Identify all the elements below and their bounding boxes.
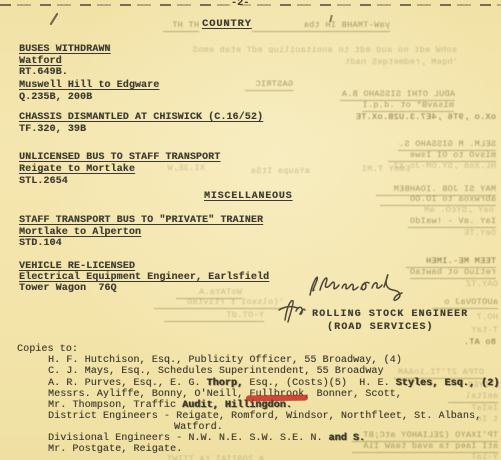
subheading-muswell-hill: Muswell Hill to Edgware (19, 80, 159, 91)
bleed-through-text: EmoY T.MI (352, 164, 410, 175)
fleet-numbers-unlicensed: STL.2654 (19, 176, 68, 187)
fleet-numbers-tower-wagon: Tower Wagon 76Q (19, 283, 117, 294)
bleed-through-text: Y-iaT (442, 452, 498, 460)
bleed-through-text: OeY.TE (444, 228, 496, 239)
document-page: -2- sohW edt no aud edt to anoitaoiliup … (0, 0, 501, 460)
copies-line-6: District Engineers - Reigate, Romford, W… (48, 411, 481, 422)
copies-line-5-text: Mr. Thompson, Traffic (48, 400, 182, 411)
fleet-numbers-chassis: TF.320, 39B (19, 124, 86, 135)
bleed-through-text: '(olsxoI t rtivtaO (154, 297, 284, 309)
fleet-numbers-muswell: Q.235B, 200B (19, 92, 92, 103)
bleed-through-text: Y-OT.dT (164, 310, 264, 322)
bleed-through-text: oX.o ,9T6 ,4E7.3.U2B.oX.TE (300, 112, 496, 123)
bleed-through-text: aUOTOVaJ o (432, 297, 498, 309)
copies-line-8-text: Divisional Engineers - N.W. N.E. S.W. S.… (48, 433, 329, 444)
bleed-through-text: misavB* ot .d.q.I (362, 100, 454, 112)
subheading-reigate-mortlake: Reigate to Mortlake (19, 164, 135, 175)
copies-line-4-text2: , Bonner, Scott, (304, 389, 402, 400)
copies-label: Copies to: (17, 344, 78, 355)
subheading-mortlake-alperton: Mortlake to Alperton (19, 227, 141, 238)
copies-line-1: H. F. Hutchison, Esq., Publicity Officer… (48, 355, 402, 366)
signatory-role-line2: (ROAD SERVICES) (327, 322, 434, 333)
bleed-through-text: IaY .aV - !waIdO (408, 216, 496, 228)
copies-line-8-smudged-text: and S. (329, 433, 366, 444)
bleed-through-text: aYaupa ItSa (244, 166, 310, 177)
bleed-through-text: T-taY (470, 325, 498, 336)
copies-line-4: Messrs. Ayliffe, Bonny, O'Neill, Fullbro… (48, 389, 402, 400)
subheading-watford: Watford (19, 56, 62, 67)
fleet-numbers-staff: STD.104 (19, 238, 62, 249)
bleed-through-text: aeItal (448, 391, 498, 403)
copies-line-4-text: Messrs. Ayliffe, Bonny, O'Neill, (48, 389, 249, 400)
bleed-through-text: HO.7 (468, 312, 498, 323)
heading-staff-transport: STAFF TRANSPORT BUS TO "PRIVATE" TRAINER (19, 215, 263, 226)
heading-miscellaneous: MISCELLANEOUS (204, 191, 292, 202)
handwritten-initials-fw (276, 294, 306, 326)
bleed-through-text: XI.3E,W (151, 163, 205, 174)
copies-line-9: Mr. Postgate, Reigate. (48, 444, 182, 455)
copies-line-3-smudged-name: Thorp, (207, 378, 244, 389)
heading-unlicensed-bus: UNLICENSED BUS TO STAFF TRANSPORT (19, 152, 220, 163)
signatory-role-line1: ROLLING STOCK ENGINEER (312, 309, 468, 320)
red-underlined-name-fullbrook: Fullbrook (249, 389, 304, 400)
copies-line-7: Watford. (174, 422, 223, 433)
copies-line-3-text: A. R. Purves, Esq., E. G. (48, 378, 207, 389)
copies-line-5: Mr. Thompson, Traffic Audit, Hillingdon. (48, 400, 292, 411)
heading-vehicle-relicensed: VEHICLE RE-LICENSED (19, 261, 135, 272)
bleed-through-text: 8o AT. (462, 337, 496, 348)
copies-line-8: Divisional Engineers - N.W. N.E. S.W. S.… (48, 433, 365, 444)
bleed-through-text: GASTRIC (245, 79, 293, 91)
fleet-numbers-watford: RT.649B. (19, 67, 68, 78)
bleed-through-text: oaY ,SYcO. aM (404, 205, 494, 216)
bleed-through-text: 'hqeM ,redmetqeS nadt (298, 57, 458, 68)
copies-line-2: C. J. Mays, Esq., Schedules Superintende… (48, 366, 384, 377)
copies-line-3-smudged-name2: Styles, Esq., (2) (396, 378, 500, 389)
handwritten-signature (296, 268, 432, 310)
bleed-through-text: sohW edt no aud edt to anoitaoiliup edT … (105, 45, 457, 56)
bleed-through-text: yaW-TMAHB IH tba (252, 20, 390, 32)
copies-line-3: A. R. Purves, Esq., E. G. Thorp, Esq., (… (48, 378, 500, 389)
bleed-through-text: OAY.TZ (452, 279, 498, 290)
heading-chassis-dismantled: CHASSIS DISMANTLED AT CHISWICK (C.16/52) (19, 112, 263, 123)
copies-line-5-smudged-text: Audit, Hillingdon. (182, 400, 292, 411)
heading-buses-withdrawn: BUSES WITHDRAWN (19, 44, 111, 55)
subheading-electrical-engineer: Electrical Equipment Engineer, Earlsfiel… (19, 272, 269, 283)
title-country: COUNTRY (202, 19, 252, 30)
copies-line-3-text2: Esq., (Costs)(5) H. E. (243, 378, 396, 389)
bleed-through-text: HT HT (163, 20, 199, 32)
